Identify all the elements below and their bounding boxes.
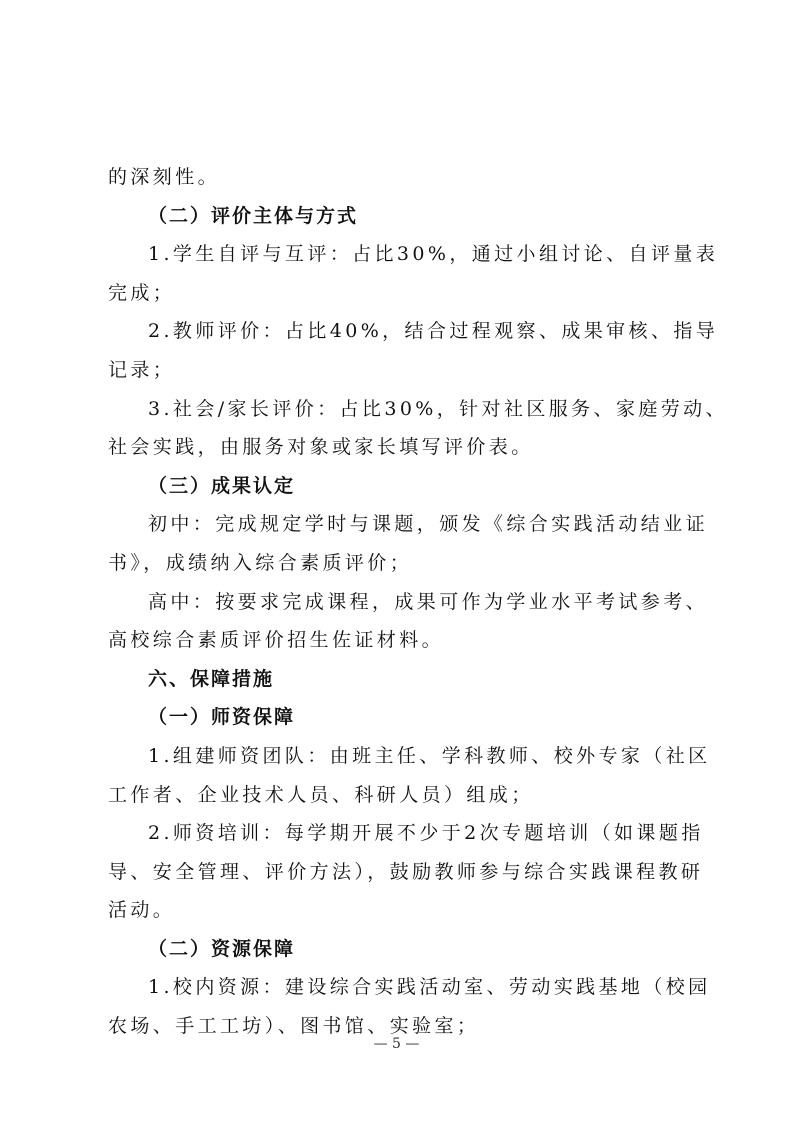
paragraph-teacher-team: 1.组建师资团队：由班主任、学科教师、校外专家（社区: [108, 737, 688, 776]
section-heading-teacher-support: （一）师资保障: [108, 698, 688, 737]
paragraph-continuation: 工作者、企业技术人员、科研人员）组成；: [108, 776, 688, 815]
paragraph-student-evaluation: 1.学生自评与互评：占比30%，通过小组讨论、自评量表: [108, 235, 688, 274]
paragraph-junior-high: 初中：完成规定学时与课题，颁发《综合实践活动结业证: [108, 505, 688, 544]
chapter-heading-safeguards: 六、保障措施: [108, 660, 688, 699]
paragraph-teacher-evaluation: 2.教师评价：占比40%，结合过程观察、成果审核、指导: [108, 312, 688, 351]
paragraph-teacher-training: 2.师资培训：每学期开展不少于2次专题培训（如课题指: [108, 814, 688, 853]
document-body: 的深刻性。 （二）评价主体与方式 1.学生自评与互评：占比30%，通过小组讨论、…: [108, 158, 688, 1046]
paragraph-senior-high: 高中：按要求完成课程，成果可作为学业水平考试参考、: [108, 583, 688, 622]
paragraph-continuation: 活动。: [108, 891, 688, 930]
page-number: — 5 —: [0, 1036, 793, 1052]
paragraph-campus-resources: 1.校内资源：建设综合实践活动室、劳动实践基地（校园: [108, 968, 688, 1007]
paragraph-parent-evaluation: 3.社会/家长评价：占比30%，针对社区服务、家庭劳动、: [108, 390, 688, 429]
paragraph-continuation: 高校综合素质评价招生佐证材料。: [108, 621, 688, 660]
section-heading-resource-support: （二）资源保障: [108, 930, 688, 969]
paragraph-continuation: 导、安全管理、评价方法），鼓励教师参与综合实践课程教研: [108, 853, 688, 892]
paragraph-continuation: 完成；: [108, 274, 688, 313]
section-heading-achievement: （三）成果认定: [108, 467, 688, 506]
paragraph-continuation: 书》，成绩纳入综合素质评价；: [108, 544, 688, 583]
paragraph-continuation: 的深刻性。: [108, 158, 688, 197]
section-heading-evaluation-subjects: （二）评价主体与方式: [108, 197, 688, 236]
paragraph-continuation: 社会实践，由服务对象或家长填写评价表。: [108, 428, 688, 467]
paragraph-continuation: 记录；: [108, 351, 688, 390]
